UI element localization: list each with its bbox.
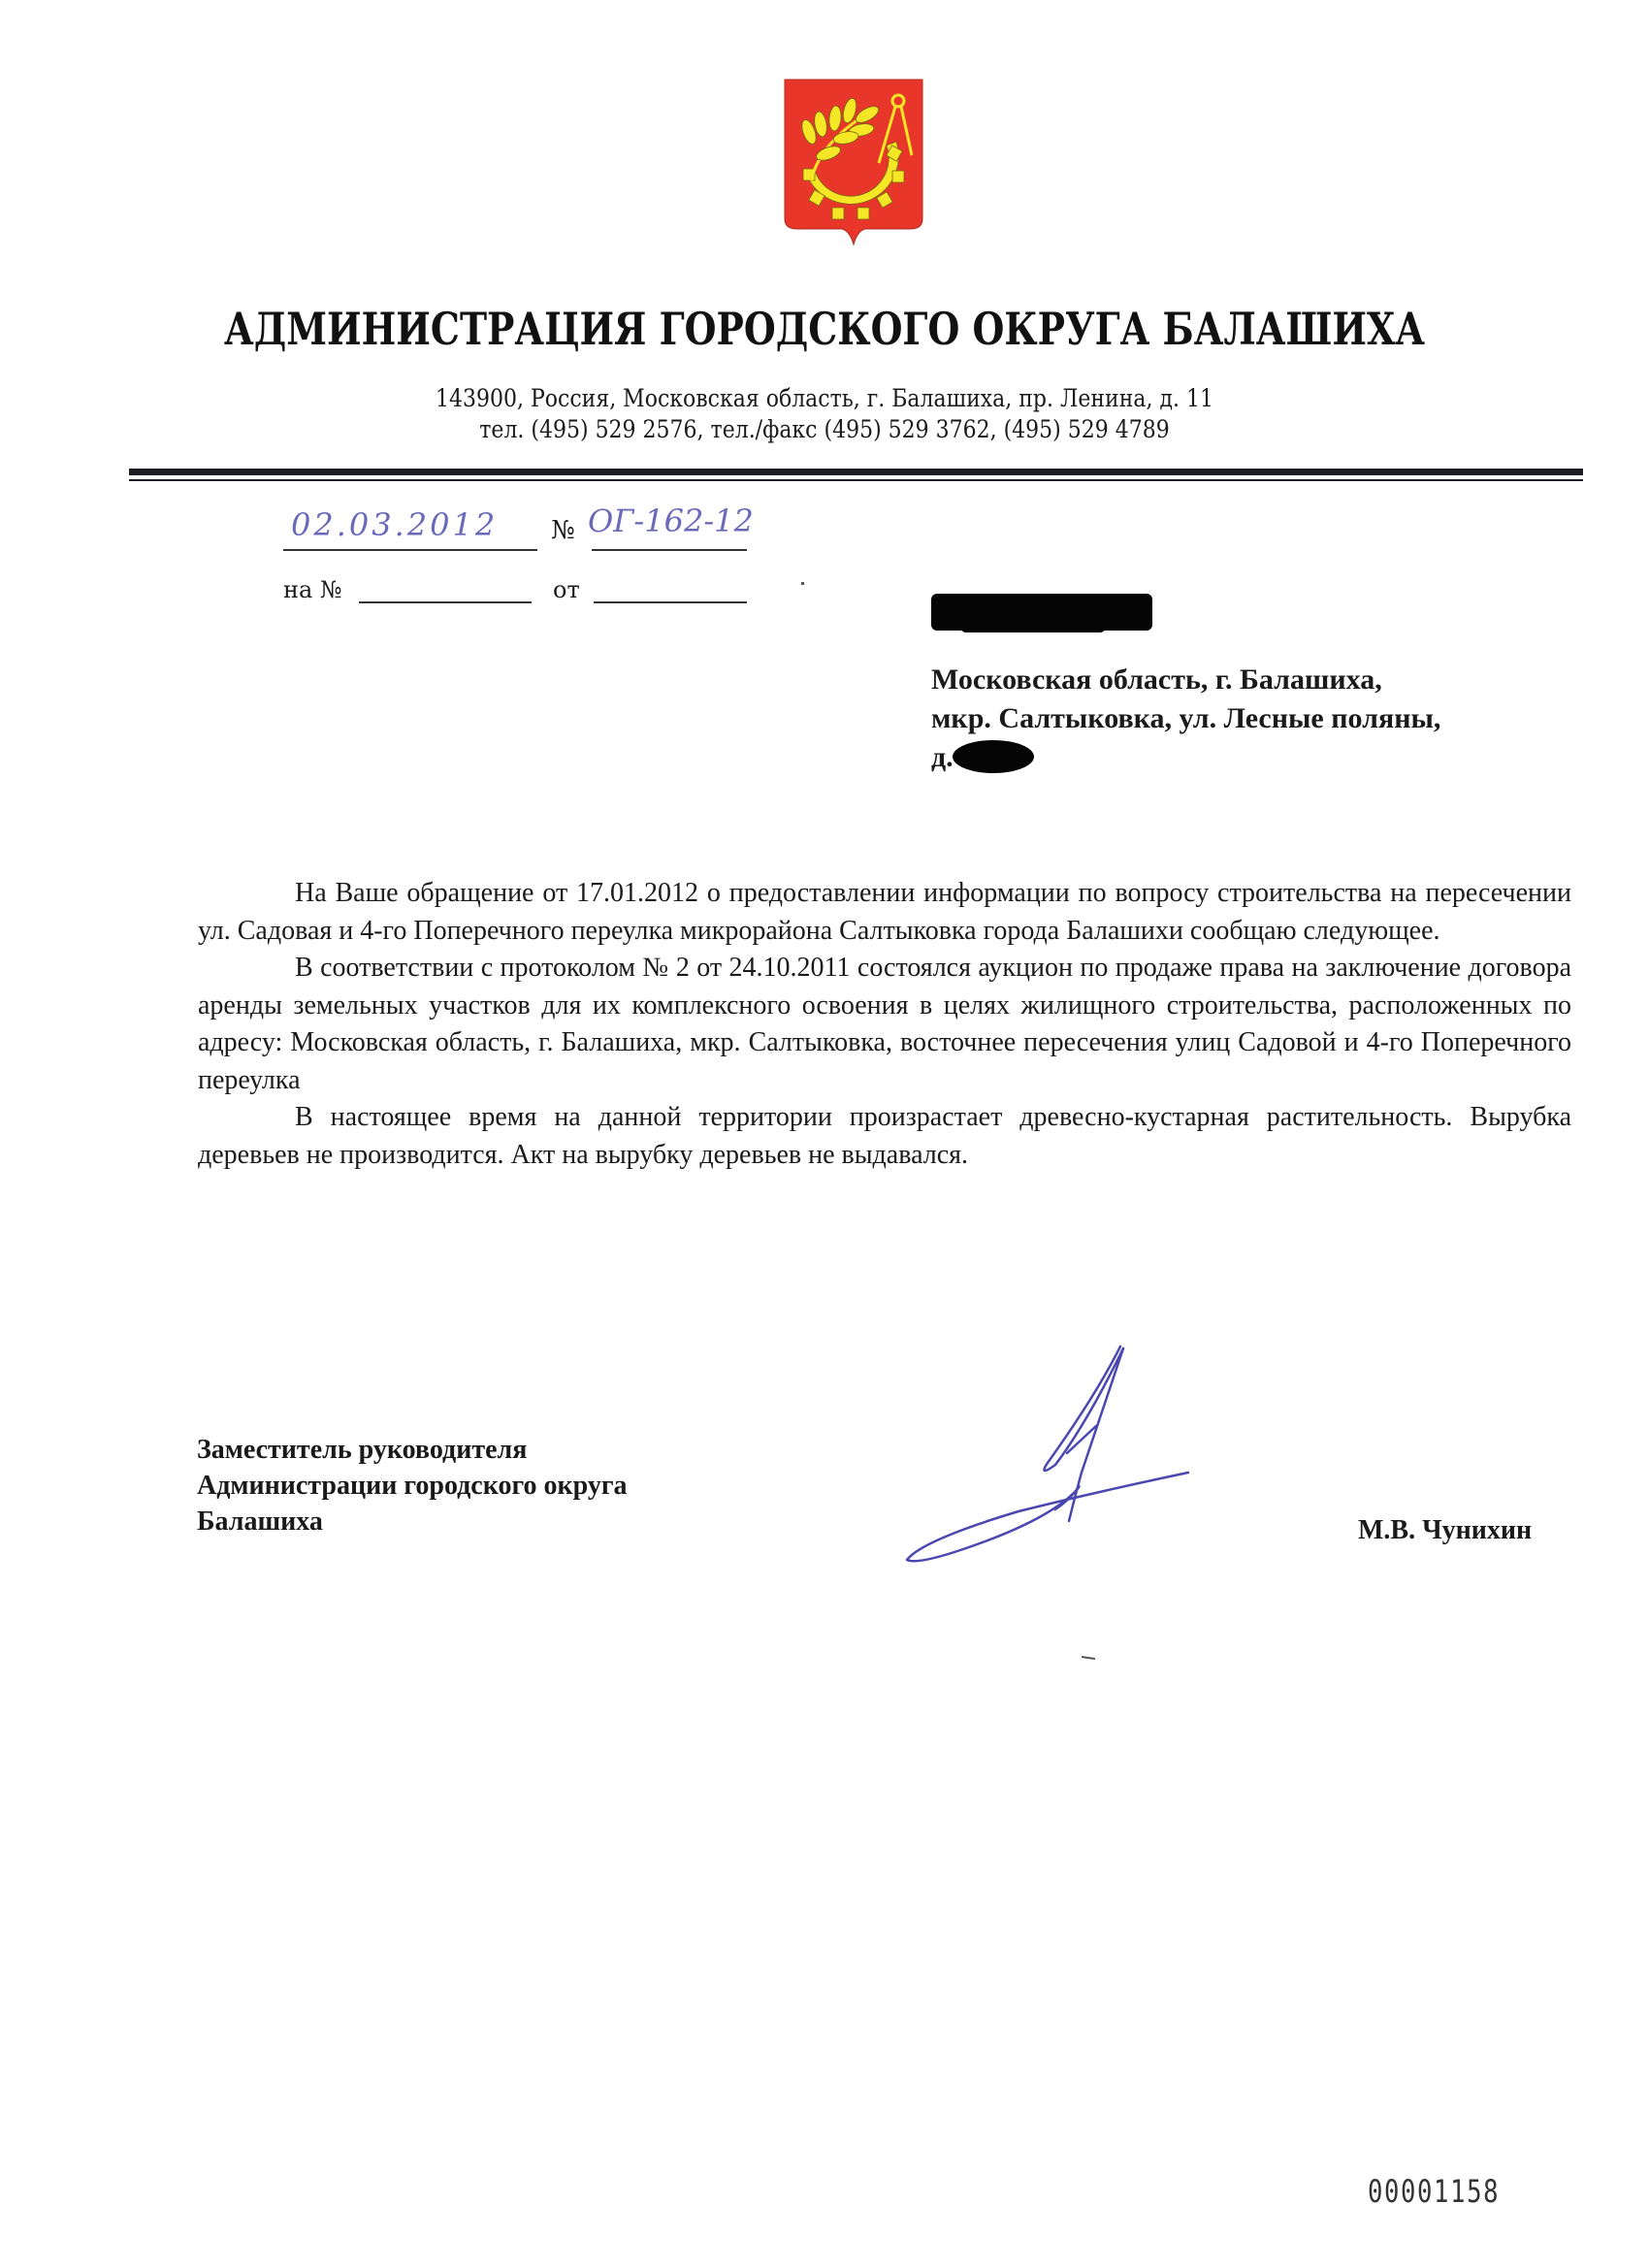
body-paragraph-3: В настоящее время на данной территории п… bbox=[198, 1099, 1571, 1174]
registration-block: 02.03.2012 № ОГ-162-12 на № от bbox=[0, 0, 1649, 621]
registration-number-line bbox=[592, 549, 747, 551]
scan-speck bbox=[1082, 1656, 1095, 1660]
signer-name: М.В. Чунихин bbox=[1358, 1515, 1532, 1546]
registration-date: 02.03.2012 bbox=[291, 506, 498, 543]
body-paragraph-1: На Ваше обращение от 17.01.2012 о предос… bbox=[198, 875, 1571, 950]
reply-to-number-field[interactable] bbox=[359, 601, 532, 603]
signer-title-line-3: Балашиха bbox=[197, 1504, 628, 1539]
scan-speck bbox=[801, 582, 804, 585]
registration-number: ОГ-162-12 bbox=[588, 502, 754, 539]
recipient-house-number-redaction bbox=[953, 740, 1034, 773]
letter-body: На Ваше обращение от 17.01.2012 о предос… bbox=[198, 875, 1571, 1174]
recipient-address-line-2: мкр. Салтыковка, ул. Лесные поляны, bbox=[931, 702, 1440, 735]
registration-number-sign: № bbox=[551, 516, 575, 545]
recipient-address-line-3-prefix: д. bbox=[931, 741, 954, 774]
reply-from-label: от bbox=[553, 576, 580, 603]
signer-title-line-1: Заместитель руководителя bbox=[197, 1432, 628, 1468]
signer-title-line-2: Администрации городского округа bbox=[197, 1468, 628, 1504]
handwritten-signature bbox=[902, 1337, 1251, 1570]
body-paragraph-2: В соответствии с протоколом № 2 от 24.10… bbox=[198, 950, 1571, 1099]
signer-title: Заместитель руководителя Администрации г… bbox=[197, 1432, 628, 1539]
recipient-name-redaction-tail bbox=[960, 621, 1106, 632]
recipient-address-line-1: Московская область, г. Балашиха, bbox=[931, 664, 1382, 697]
registration-date-line bbox=[283, 549, 537, 551]
document-serial-number: 00001158 bbox=[1368, 2173, 1500, 2210]
reply-from-date-field[interactable] bbox=[594, 601, 747, 603]
reply-to-label: на № bbox=[283, 576, 342, 603]
